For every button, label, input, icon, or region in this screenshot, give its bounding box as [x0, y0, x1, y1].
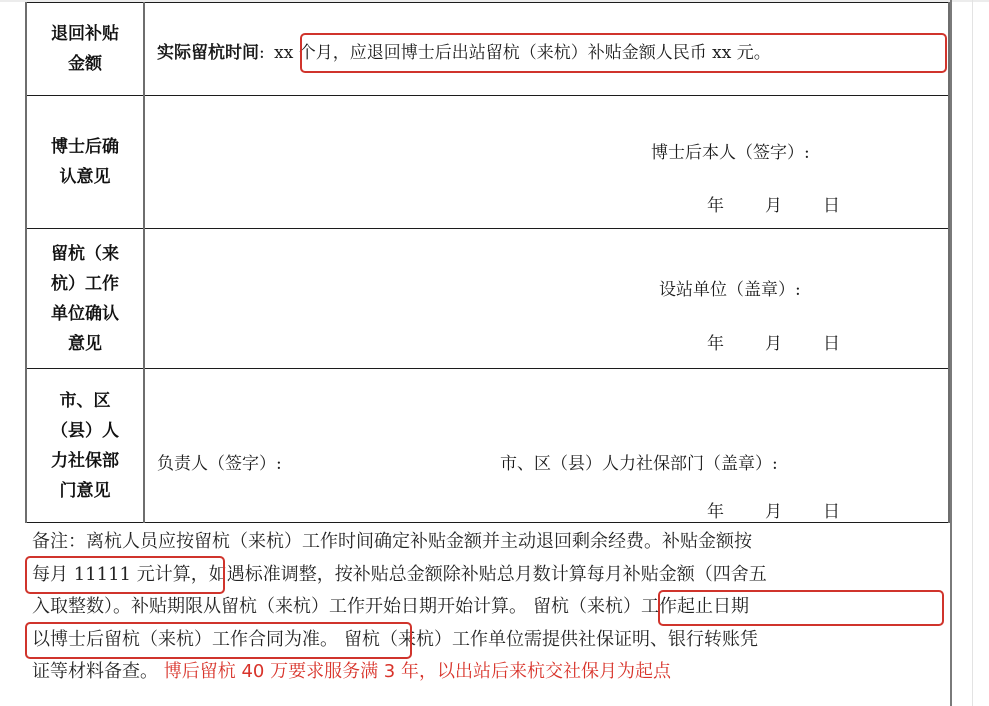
postdoc-date: 年月日: [707, 191, 840, 216]
remarks-line-5-plain: 证等材料备查。: [32, 661, 158, 682]
remarks-line-4: 以博士后留杭（来杭）工作合同为准。留杭（来杭）工作单位需提供社保证明、银行转账凭: [32, 624, 952, 657]
red-annotation: 博后留杭 40 万要求服务满 3 年，以出站后来杭交社保月为起点: [164, 661, 671, 682]
date-year: 年: [707, 191, 765, 216]
label-line: 意见: [27, 329, 143, 359]
remarks-monthly-amount: 每月 11111 元计算，: [32, 564, 209, 585]
label-line: 杭）工作: [27, 269, 143, 299]
actual-stay-time-label: 实际留杭时间: [157, 43, 259, 63]
table-row-postdoc-confirmation: 博士后确 认意见 博士后本人（签字）: 年月日: [26, 96, 949, 229]
table-row-employer-confirmation: 留杭（来 杭）工作 单位确认 意见 设站单位（盖章）: 年月日: [26, 229, 949, 369]
postdoc-confirmation-cell[interactable]: 博士后本人（签字）: 年月日: [144, 96, 949, 229]
remarks-section: 备注：离杭人员应按留杭（来杭）工作时间确定补贴金额并主动退回剩余经费。补贴金额按…: [32, 526, 952, 689]
remarks-contract-basis: 以博士后留杭（来杭）工作合同为准。: [32, 629, 338, 650]
date-day: 日: [823, 191, 840, 216]
table-row-hr-department: 市、区 （县）人 力社保部 门意见 负责人（签字）: 市、区（县）人力社保部门（…: [26, 369, 949, 523]
station-seal-label: 设站单位（盖章）:: [659, 275, 801, 300]
date-year: 年: [707, 497, 765, 522]
remarks-line-5: 证等材料备查。 博后留杭 40 万要求服务满 3 年，以出站后来杭交社保月为起点: [32, 656, 952, 689]
remarks-work-period: 留杭（来杭）工作起止日期: [527, 596, 749, 617]
date-month: 月: [765, 329, 823, 354]
remarks-line-2-rest: 如遇标准调整，按补贴总金额除补贴总月数计算每月补贴金额（四舍五: [209, 564, 767, 585]
postdoc-signature-label: 博士后本人（签字）:: [651, 138, 810, 163]
label-line: （县）人: [27, 416, 143, 446]
remarks-line-2: 每月 11111 元计算，如遇标准调整，按补贴总金额除补贴总月数计算每月补贴金额…: [32, 559, 952, 592]
date-month: 月: [765, 497, 823, 522]
label-line: 认意见: [27, 162, 143, 192]
hr-seal-label: 市、区（县）人力社保部门（盖章）:: [500, 449, 778, 474]
label-employer-confirmation: 留杭（来 杭）工作 单位确认 意见: [26, 229, 144, 369]
actual-stay-time-text: 实际留杭时间: xx 个月，应退回博士后出站留杭（来杭）补贴金额人民币 xx 元…: [157, 33, 771, 73]
table-row-refund-amount: 退回补贴 金额 实际留杭时间: xx 个月，应退回博士后出站留杭（来杭）补贴金额…: [26, 3, 949, 96]
remarks-line-3: 入取整数）。补贴期限从留杭（来杭）工作开始日期开始计算。留杭（来杭）工作起止日期: [32, 591, 952, 624]
date-day: 日: [823, 329, 840, 354]
actual-stay-time-colon: :: [259, 43, 265, 63]
label-line: 单位确认: [27, 299, 143, 329]
remarks-line-1: 备注：离杭人员应按留杭（来杭）工作时间确定补贴金额并主动退回剩余经费。补贴金额按: [32, 526, 952, 559]
hr-department-cell[interactable]: 负责人（签字）: 市、区（县）人力社保部门（盖章）: 年月日: [144, 369, 949, 523]
label-postdoc-confirmation: 博士后确 认意见: [26, 96, 144, 229]
date-month: 月: [765, 191, 823, 216]
label-line: 门意见: [27, 476, 143, 506]
date-year: 年: [707, 329, 765, 354]
actual-stay-time-value[interactable]: xx 个月，应退回博士后出站留杭（来杭）补贴金额人民币 xx 元。: [270, 43, 771, 63]
employer-confirmation-cell[interactable]: 设站单位（盖章）: 年月日: [144, 229, 949, 369]
date-day: 日: [823, 497, 840, 522]
page-right-edge: [972, 0, 973, 706]
label-line: 退回补贴: [27, 19, 143, 49]
label-line: 金额: [27, 49, 143, 79]
label-hr-department: 市、区 （县）人 力社保部 门意见: [26, 369, 144, 523]
label-line: 力社保部: [27, 446, 143, 476]
refund-amount-cell: 实际留杭时间: xx 个月，应退回博士后出站留杭（来杭）补贴金额人民币 xx 元…: [144, 3, 949, 96]
label-line: 市、区: [27, 386, 143, 416]
label-line: 博士后确: [27, 132, 143, 162]
label-refund-amount: 退回补贴 金额: [26, 3, 144, 96]
hr-date: 年月日: [707, 497, 840, 522]
employer-date: 年月日: [707, 329, 840, 354]
responsible-person-label: 负责人（签字）:: [157, 449, 282, 474]
remarks-line-4-rest: 留杭（来杭）工作单位需提供社保证明、银行转账凭: [338, 629, 758, 650]
label-line: 留杭（来: [27, 239, 143, 269]
refund-subsidy-form-table: 退回补贴 金额 实际留杭时间: xx 个月，应退回博士后出站留杭（来杭）补贴金额…: [25, 2, 950, 523]
remarks-line-3-plain: 入取整数）。补贴期限从留杭（来杭）工作开始日期开始计算。: [32, 596, 527, 617]
